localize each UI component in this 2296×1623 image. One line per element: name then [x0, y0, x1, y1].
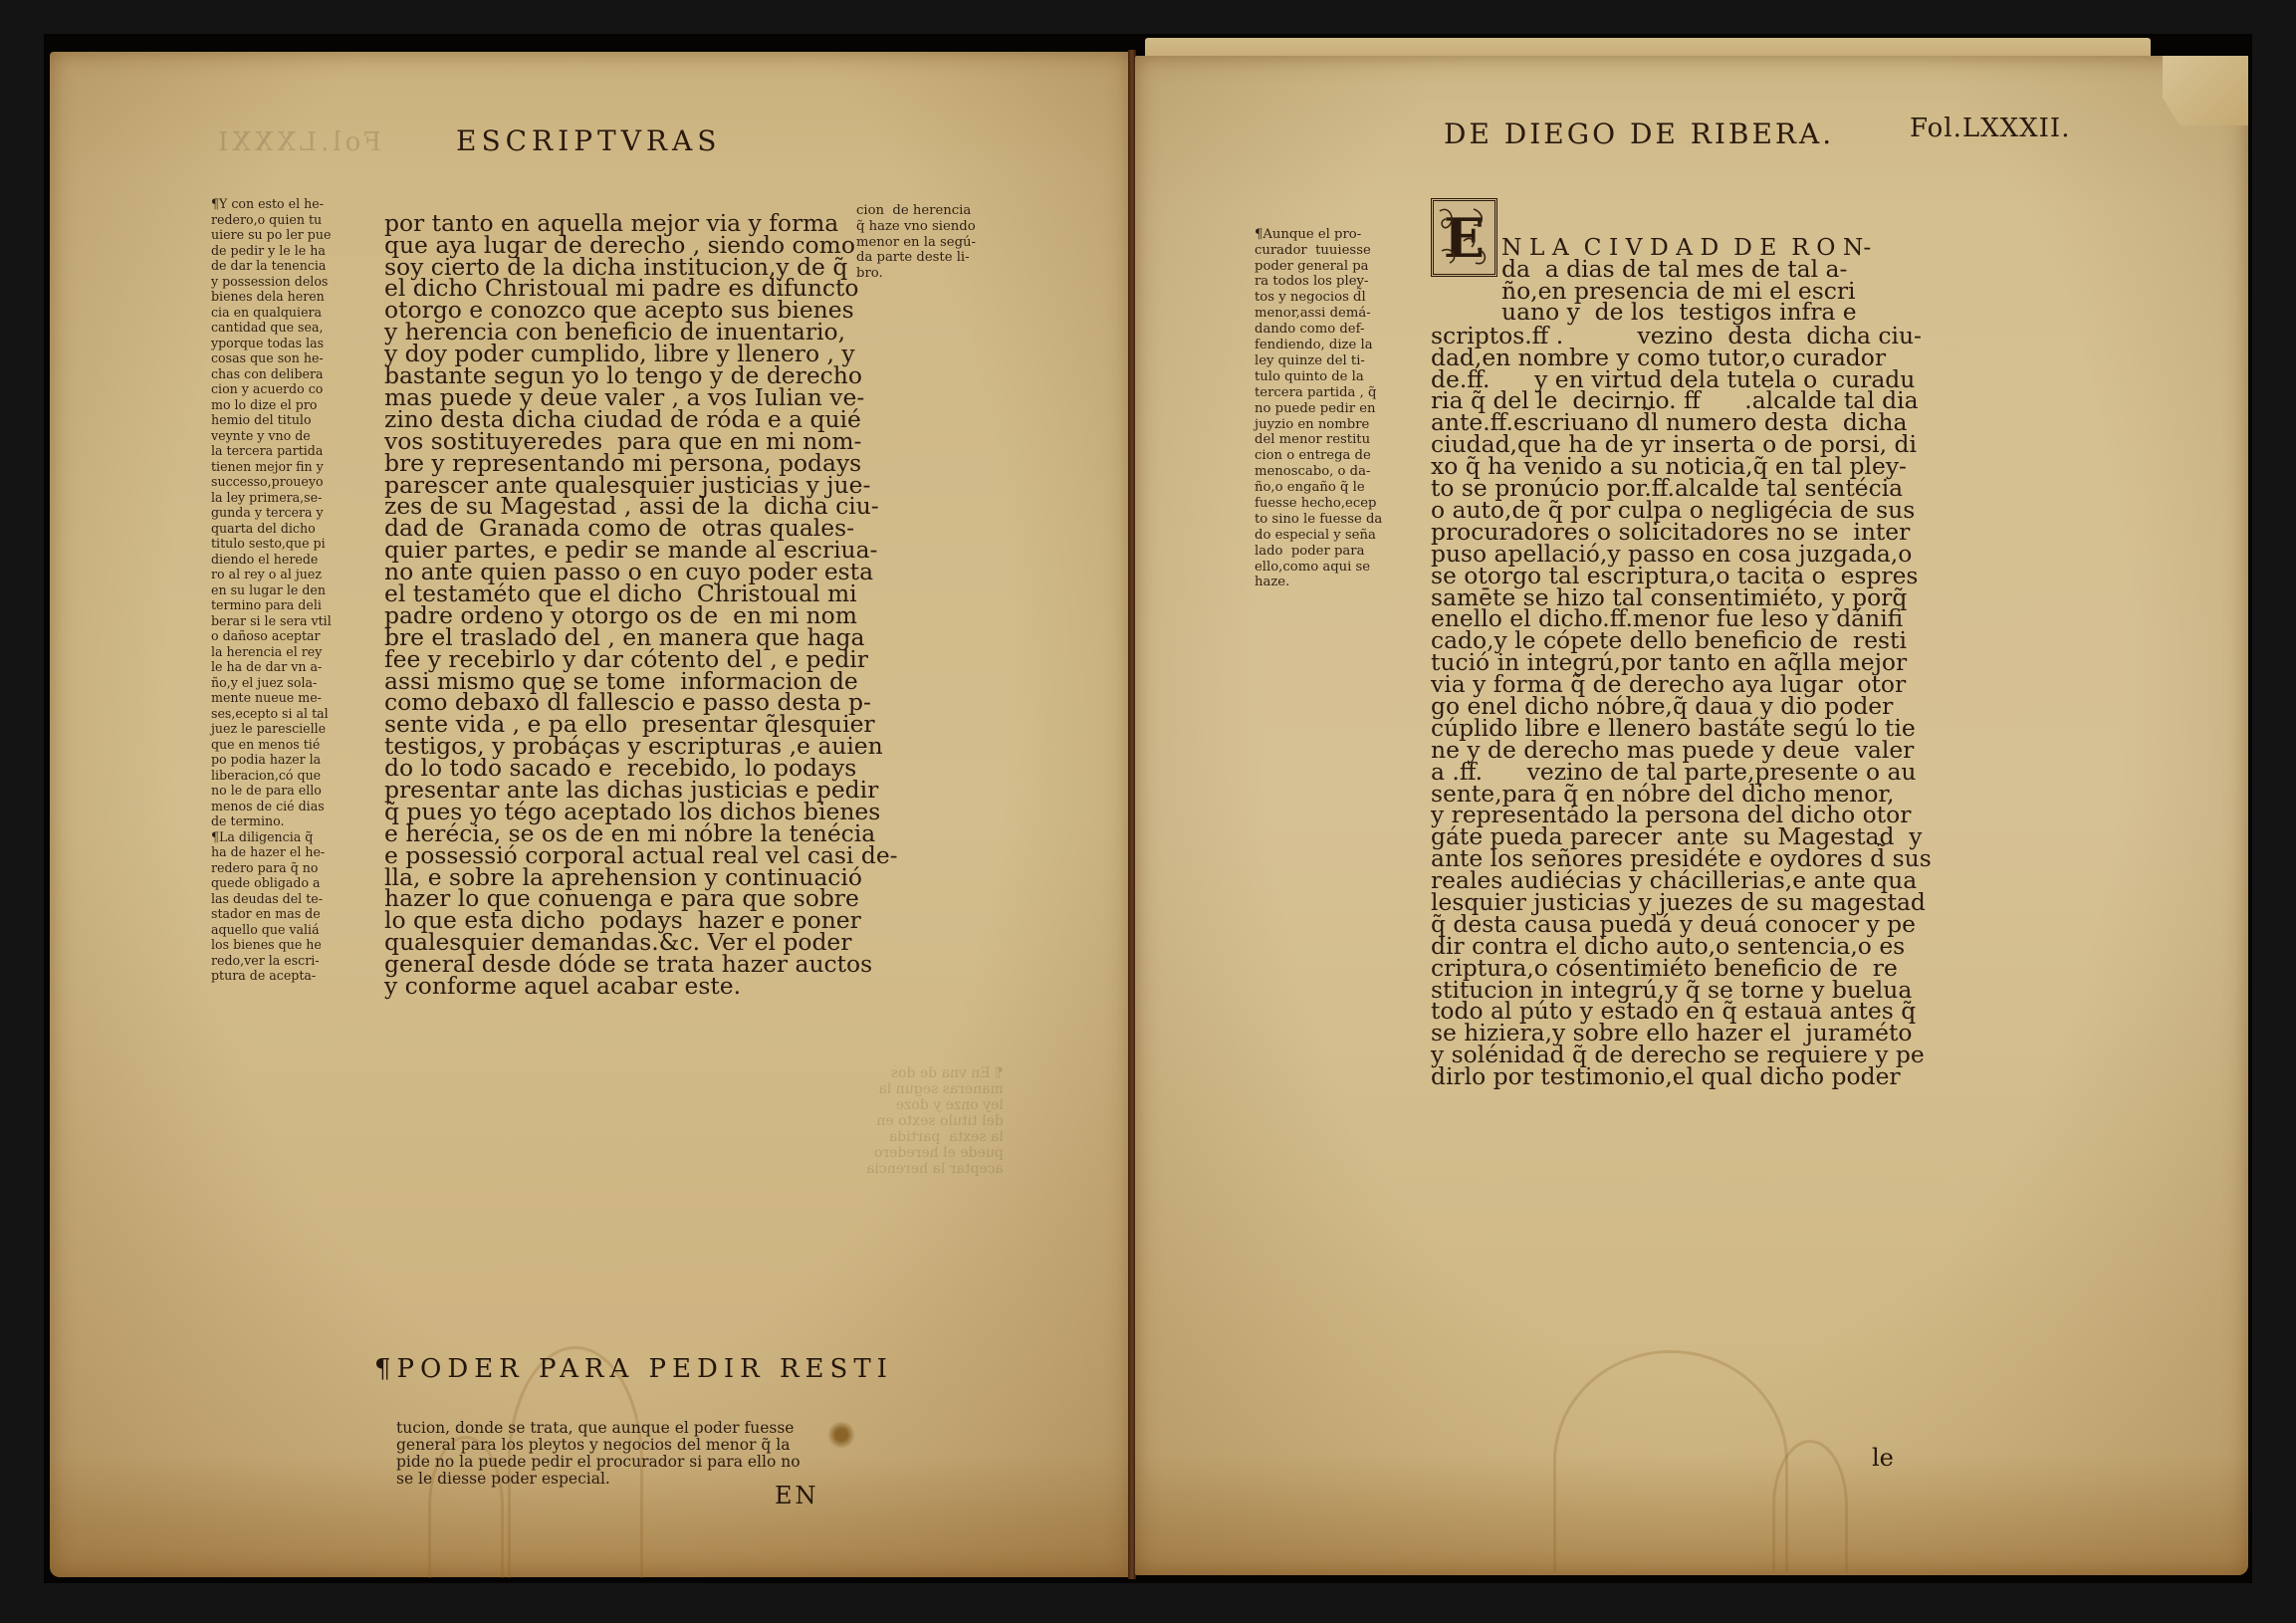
margin-note-right-page: ¶Aunque el pro-curador tuuiessepoder gen… — [1255, 195, 1382, 606]
floral-ornament-icon — [1434, 201, 1494, 274]
folio-number: Fol.LXXXII. — [1910, 114, 2070, 143]
running-head-right: DE DIEGO DE RIBERA. — [1444, 117, 1834, 150]
catchword-right: le — [1872, 1444, 1894, 1472]
water-stain — [1772, 1440, 1848, 1572]
water-stain — [1553, 1350, 1788, 1572]
decorated-initial: E — [1431, 198, 1497, 277]
margin-note-left: ¶Y con esto el he-redero,o quien tuuiere… — [211, 165, 332, 999]
running-head-left: ESCRIPTVRAS — [456, 124, 721, 157]
margin-note-right-left-page: cion de herenciaq̃ haze vno siendomenor … — [856, 171, 976, 298]
ghost-folio: Fol.LXXXI — [214, 127, 381, 157]
section-subheading: tucion, donde se trata, que aunque el po… — [396, 1386, 801, 1505]
main-text-right: scriptos.ff . vezino desta dicha ciu-dad… — [1431, 282, 1932, 1110]
insect-stain — [826, 1422, 856, 1448]
folded-corner — [2163, 56, 2248, 125]
catchword-left: EN — [775, 1482, 819, 1509]
section-heading: ¶PODER PARA PEDIR RESTI — [374, 1354, 893, 1384]
main-text-left: por tanto en aquella mejor via y formaqu… — [384, 169, 898, 1020]
bleed-through-text: ¶ En vna de dosmaneras segun laley onze … — [866, 1034, 1004, 1193]
